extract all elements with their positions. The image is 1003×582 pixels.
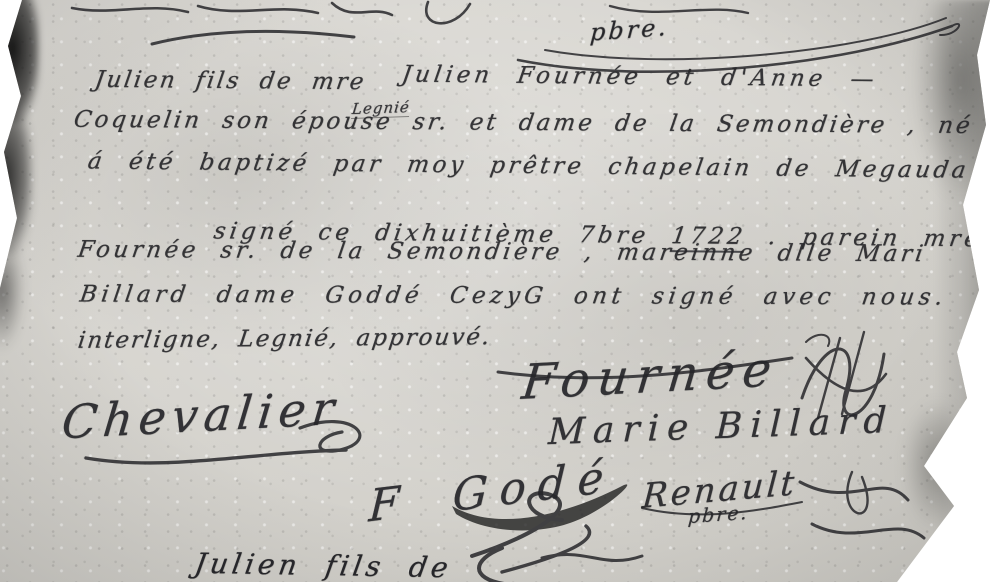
signature-f-gode: F Godé: [368, 451, 617, 533]
cropped-next-record-opening: Julien fils de: [192, 547, 454, 582]
signature-renault-title: pbre.: [687, 502, 749, 528]
record-line-2: Coquelin son épouse sr. et dame de la Se…: [72, 107, 1003, 140]
cropped-top-signature-title: pbre.: [589, 13, 670, 47]
record-line-7: interligne, Legnié, approuvé.: [76, 324, 493, 354]
record-line-5: Fournée sr. de la Semondière , mareinne …: [76, 237, 928, 267]
record-line-3: á été baptizé par moy prêtre chapelain d…: [86, 148, 971, 183]
torn-edge-shadow-right-mid: [903, 400, 973, 530]
record-line-1-left: Julien fils de mre: [93, 67, 368, 95]
torn-edge-shadow-left-mid: [0, 95, 32, 255]
paper-sheet: Julien fils de mre Legnié Julien Fournée…: [0, 0, 1003, 582]
torn-edge-shadow-left-low: [0, 230, 24, 350]
signature-marie-billard-godmother: Marie Billard: [547, 400, 895, 453]
record-line-6: Billard dame Goddé CezyG ont signé avec …: [78, 281, 949, 310]
scanned-register-page: Julien fils de mre Legnié Julien Fournée…: [0, 0, 1003, 582]
record-line-1-right: Julien Fournée et d'Anne —: [400, 62, 879, 93]
torn-edge-shadow-left-top: [0, 0, 40, 123]
signature-chevalier: Chevalier: [59, 381, 342, 450]
signature-fournee-godfather: Fournée: [519, 341, 782, 411]
